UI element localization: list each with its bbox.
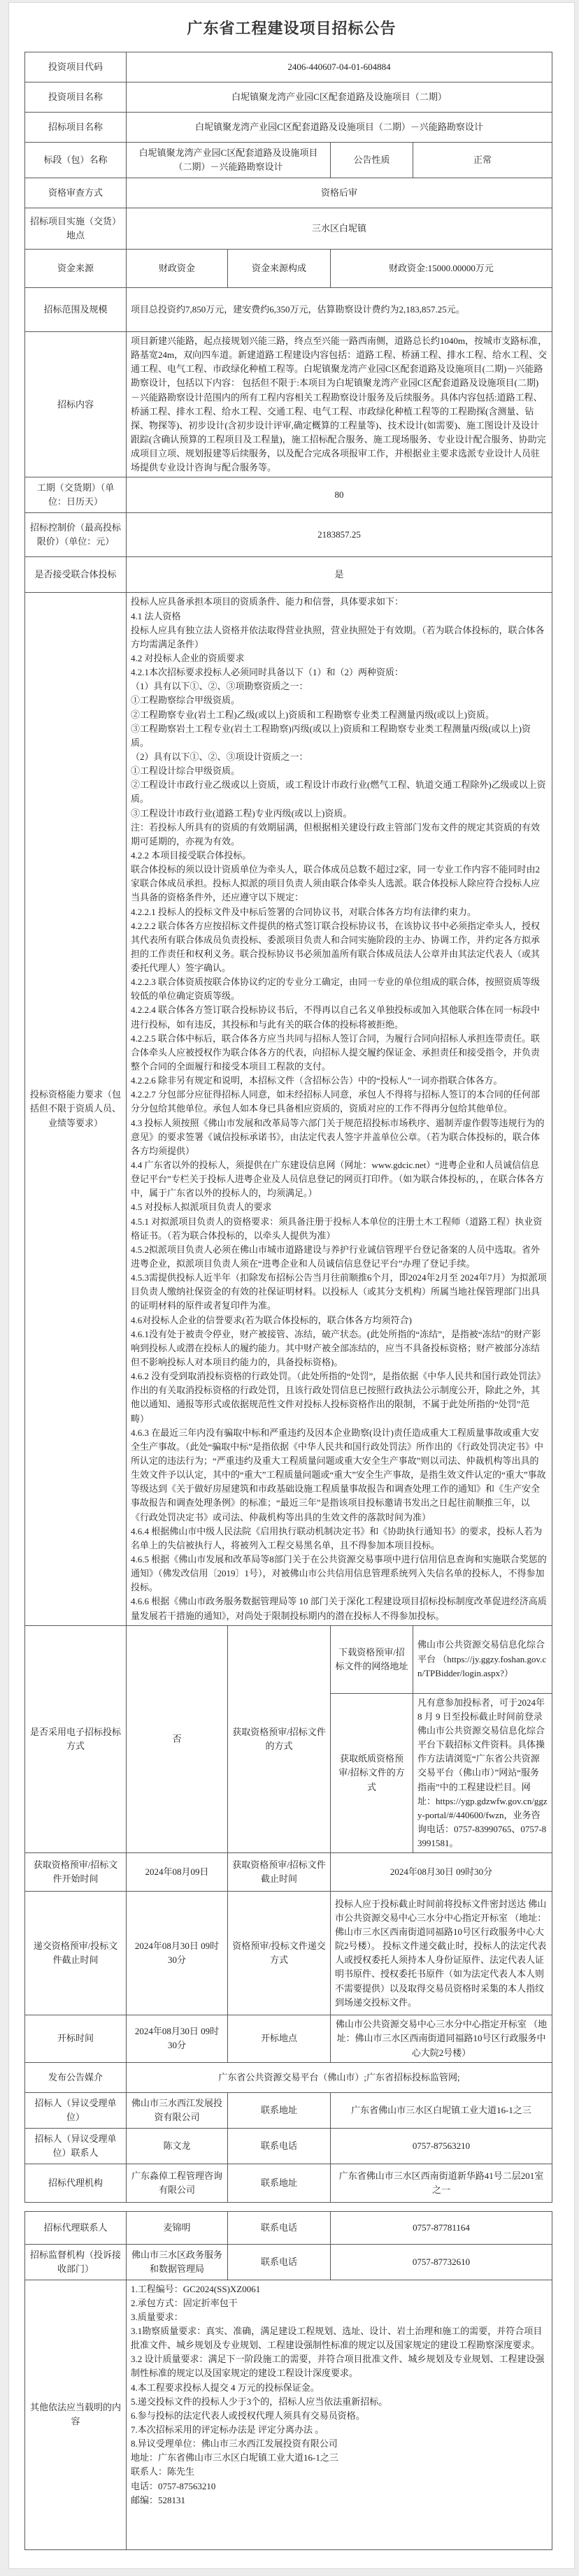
qualification-review-value: 资格后审 — [127, 178, 552, 208]
tenderer-phone-value: 0757-87563210 — [331, 2128, 552, 2164]
agency-addr-value: 广东省佛山市三水区西南街道新华路41号二层201室之一 — [331, 2164, 552, 2202]
obtain-method-label: 获取资格预审/招标文件的方式 — [228, 1625, 331, 1853]
tenderer-addr-label: 联系地址 — [228, 2092, 331, 2128]
download-address-label: 下载资格预审/招标文件的网络地址 — [331, 1625, 413, 1693]
row-consortium: 是否接受联合体投标 是 — [25, 557, 552, 593]
tenderer-addr-value: 广东省佛山市三水区白坭镇工业大道16-1之三 — [331, 2092, 552, 2128]
announcement-table: 投资项目代码 2406-440607-04-01-604884 投资项目名称 白… — [24, 52, 552, 2203]
duration-label: 工期（交货期）（单位：日历天） — [25, 477, 127, 513]
supervisor-phone-label: 联系电话 — [228, 2244, 331, 2280]
agency-addr-label: 联系地址 — [228, 2164, 331, 2202]
content-label: 招标内容 — [25, 332, 127, 477]
row-media: 发布公告媒介 广东省公共资源交易平台（佛山市）;广东省招标投标监管网; — [25, 2062, 552, 2092]
submission-deadline-value: 2024年08月30日 09时30分 — [127, 1892, 228, 2015]
tenderer-phone-label: 联系电话 — [228, 2128, 331, 2164]
agency-label: 招标代理机构 — [25, 2164, 127, 2202]
tender-name-label: 招标项目名称 — [25, 113, 127, 143]
qualification-req-label: 投标资格能力要求（包括但不限于资质人员、业绩等要求） — [25, 593, 127, 1625]
funds-value: 财政资金 — [127, 250, 228, 288]
consortium-label: 是否接受联合体投标 — [25, 557, 127, 593]
paper-method-value: 凡有意参加投标者，可于2024年 8 月 9 日至投标截止时间前登录佛山市公共资… — [413, 1693, 552, 1853]
ceiling-price-value: 2183857.25 — [127, 513, 552, 557]
invest-name-label: 投资项目名称 — [25, 82, 127, 113]
agency-contact-label: 招标代理联系人 — [25, 2211, 127, 2244]
supervisor-label: 招标监督机构（投诉接收部门） — [25, 2244, 127, 2280]
submission-method-value: 投标人应于投标截止时间前将投标文件密封送达 佛山市公共资源交易中心三水分中心指定… — [331, 1892, 552, 2015]
obtain-start-label: 获取资格预审/招标文件开始时间 — [25, 1853, 127, 1892]
table-gap — [9, 2203, 574, 2211]
row-agency: 招标代理机构 广东淼倬工程管理咨询有限公司 联系地址 广东省佛山市三水区西南街道… — [25, 2164, 552, 2202]
agency-value: 广东淼倬工程管理咨询有限公司 — [127, 2164, 228, 2202]
agency-phone-label: 联系电话 — [228, 2211, 331, 2244]
agency-contact-value: 麦锦明 — [127, 2211, 228, 2244]
paper-method-label: 获取纸质资格预审/招标文件的方式 — [331, 1693, 413, 1853]
consortium-value: 是 — [127, 557, 552, 593]
title-bar: 广东省工程建设项目招标公告 — [9, 3, 574, 52]
row-invest-name: 投资项目名称 白坭镇聚龙湾产业园C区配套道路及设施项目（二期） — [25, 82, 552, 113]
row-location: 招标项目实施（交货）地点 三水区白坭镇 — [25, 208, 552, 250]
opening-place-label: 开标地点 — [228, 2015, 331, 2062]
row-supervisor: 招标监督机构（投诉接收部门） 佛山市三水区政务服务和数据管理局 联系电话 075… — [25, 2244, 552, 2280]
funds-composition-label: 资金来源构成 — [228, 250, 331, 288]
opening-place-value: 佛山市公共资源交易中心三水分中心指定开标室 （地址：佛山市三水区西南街道同福路1… — [331, 2015, 552, 2062]
section-label: 标段（包）名称 — [25, 143, 127, 178]
scope-label: 招标范围及规模 — [25, 288, 127, 332]
qualification-req-value: 投标人应具备承担本项目的资质条件、能力和信誉，具体要求如下： 4.1 法人资格 … — [127, 593, 552, 1625]
media-value: 广东省公共资源交易平台（佛山市）;广东省招标投标监管网; — [127, 2062, 552, 2092]
content-value: 项目新建兴能路，起点接规划兴能三路，终点至兴能一路西南侧，道路总长约1040m，… — [127, 332, 552, 477]
notice-nature-value: 正常 — [413, 143, 552, 178]
tender-name-value: 白坭镇聚龙湾产业园C区配套道路及设施项目（二期）－兴能路勘察设计 — [127, 113, 552, 143]
invest-name-value: 白坭镇聚龙湾产业园C区配套道路及设施项目（二期） — [127, 82, 552, 113]
row-tenderer: 招标人（异议受理单位） 佛山市三水西江发展投资有限公司 联系地址 广东省佛山市三… — [25, 2092, 552, 2128]
row-agency-contact: 招标代理联系人 麦锦明 联系电话 0757-87781164 — [25, 2211, 552, 2244]
tenderer-value: 佛山市三水西江发展投资有限公司 — [127, 2092, 228, 2128]
location-value: 三水区白坭镇 — [127, 208, 552, 250]
electronic-value: 否 — [127, 1625, 228, 1853]
row-duration: 工期（交货期）（单位：日历天） 80 — [25, 477, 552, 513]
row-funds: 资金来源 财政资金 资金来源构成 财政资金:15000.00000万元 — [25, 250, 552, 288]
row-section: 标段（包）名称 白坭镇聚龙湾产业园C区配套道路及设施项目（二期）－兴能路勘察设计… — [25, 143, 552, 178]
page-title: 广东省工程建设项目招标公告 — [187, 17, 396, 38]
duration-value: 80 — [127, 477, 552, 513]
obtain-end-value: 2024年08月30日 09时30分 — [331, 1853, 552, 1892]
announcement-table-continued: 招标代理联系人 麦锦明 联系电话 0757-87781164 招标监督机构（投诉… — [24, 2211, 552, 2550]
media-label: 发布公告媒介 — [25, 2062, 127, 2092]
download-address-value: 佛山市公共资源交易信息化综合平台 （https://jy.ggzy.foshan… — [413, 1625, 552, 1693]
row-qualification-req: 投标资格能力要求（包括但不限于资质人员、业绩等要求） 投标人应具备承担本项目的资… — [25, 593, 552, 1625]
obtain-end-label: 获取资格预审/招标文件截止时间 — [228, 1853, 331, 1892]
row-tender-name: 招标项目名称 白坭镇聚龙湾产业园C区配套道路及设施项目（二期）－兴能路勘察设计 — [25, 113, 552, 143]
obtain-start-value: 2024年08月09日 — [127, 1853, 228, 1892]
tenderer-contact-label: 招标人（异议受理单位）联系人 — [25, 2128, 127, 2164]
tenderer-contact-value: 陈文龙 — [127, 2128, 228, 2164]
funds-label: 资金来源 — [25, 250, 127, 288]
row-tenderer-contact: 招标人（异议受理单位）联系人 陈文龙 联系电话 0757-87563210 — [25, 2128, 552, 2164]
section-value: 白坭镇聚龙湾产业园C区配套道路及设施项目（二期）－兴能路勘察设计 — [127, 143, 331, 178]
notice-nature-label: 公告性质 — [331, 143, 413, 178]
supervisor-phone-value: 0757-87732610 — [331, 2244, 552, 2280]
opening-time-label: 开标时间 — [25, 2015, 127, 2062]
row-other: 其他依法应当载明的内容 1.工程编号：GC2024(SS)XZ0061 2.承包… — [25, 2280, 552, 2549]
announcement-panel: 广东省工程建设项目招标公告 投资项目代码 2406-440607-04-01-6… — [8, 2, 575, 2569]
row-electronic-a: 是否采用电子招标投标方式 否 获取资格预审/招标文件的方式 下载资格预审/招标文… — [25, 1625, 552, 1693]
scope-value: 项目总投资约7,850万元，建安费约6,350万元，估算勘察设计费约为2,183… — [127, 288, 552, 332]
other-label: 其他依法应当载明的内容 — [25, 2280, 127, 2549]
row-opening: 开标时间 2024年08月30日 09时30分 开标地点 佛山市公共资源交易中心… — [25, 2015, 552, 2062]
row-qualification-review: 资格审查方式 资格后审 — [25, 178, 552, 208]
qualification-review-label: 资格审查方式 — [25, 178, 127, 208]
row-obtain-time: 获取资格预审/招标文件开始时间 2024年08月09日 获取资格预审/招标文件截… — [25, 1853, 552, 1892]
other-value: 1.工程编号：GC2024(SS)XZ0061 2.承包方式：固定折率包干 3.… — [127, 2280, 552, 2549]
row-content: 招标内容 项目新建兴能路，起点接规划兴能三路，终点至兴能一路西南侧，道路总长约1… — [25, 332, 552, 477]
electronic-label: 是否采用电子招标投标方式 — [25, 1625, 127, 1853]
submission-method-label: 资格预审/投标文件递交方式 — [228, 1892, 331, 2015]
invest-code-label: 投资项目代码 — [25, 52, 127, 82]
invest-code-value: 2406-440607-04-01-604884 — [127, 52, 552, 82]
ceiling-price-label: 招标控制价（最高投标限价）（单位：元） — [25, 513, 127, 557]
funds-composition-value: 财政资金:15000.00000万元 — [331, 250, 552, 288]
supervisor-value: 佛山市三水区政务服务和数据管理局 — [127, 2244, 228, 2280]
agency-phone-value: 0757-87781164 — [331, 2211, 552, 2244]
submission-deadline-label: 递交资格预审/投标文件截止时间 — [25, 1892, 127, 2015]
tenderer-label: 招标人（异议受理单位） — [25, 2092, 127, 2128]
row-ceiling-price: 招标控制价（最高投标限价）（单位：元） 2183857.25 — [25, 513, 552, 557]
location-label: 招标项目实施（交货）地点 — [25, 208, 127, 250]
opening-time-value: 2024年08月30日 09时30分 — [127, 2015, 228, 2062]
row-invest-code: 投资项目代码 2406-440607-04-01-604884 — [25, 52, 552, 82]
row-scope: 招标范围及规模 项目总投资约7,850万元，建安费约6,350万元，估算勘察设计… — [25, 288, 552, 332]
row-submission: 递交资格预审/投标文件截止时间 2024年08月30日 09时30分 资格预审/… — [25, 1892, 552, 2015]
